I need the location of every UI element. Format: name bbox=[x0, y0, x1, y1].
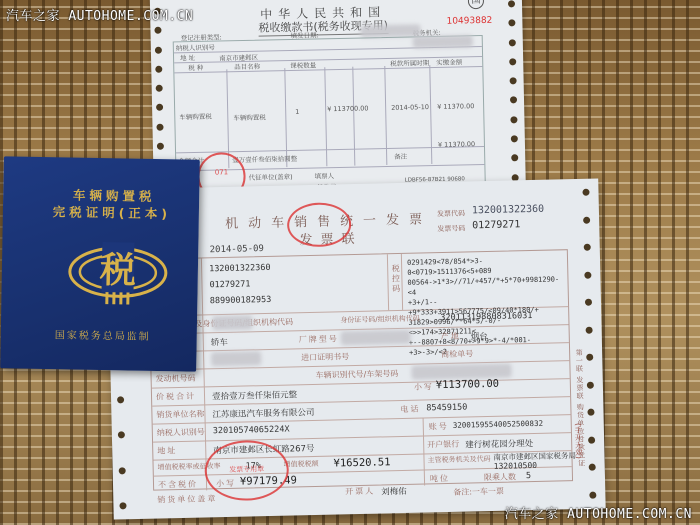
value-tax-period: 2014-05-10 bbox=[391, 103, 429, 112]
value-machine-code: 132001322360 bbox=[209, 263, 271, 274]
label-item-name: 品目名称 bbox=[234, 62, 260, 72]
invoice-code-label: 发票代码 bbox=[437, 208, 465, 219]
label-origin: 产地 bbox=[441, 331, 461, 342]
label-tax-type: 税 种 bbox=[188, 63, 203, 72]
value-actual-amount: ¥ 11370.00 bbox=[437, 102, 474, 111]
label-vin: 车辆识别代号/车架号码 bbox=[315, 368, 398, 381]
redacted-area bbox=[212, 315, 252, 330]
value-seller-taxpayer-id: 32010574065224X bbox=[213, 425, 290, 437]
redacted-area bbox=[413, 35, 473, 48]
photo-scene: 中华人民共和国 税收缴款书(税务收现专用) 国 10493882 登记注册类型:… bbox=[0, 0, 700, 525]
label-engine-no: 发动机号码 bbox=[156, 373, 196, 385]
label-tax-office: 主管税务机关及代码 bbox=[427, 454, 490, 465]
label-phone: 电话 bbox=[400, 404, 420, 415]
value-vat-amount: ¥16520.51 bbox=[333, 456, 390, 469]
tax-control-code: 0291429<78/854*>3-0<0719>1511376<5+089 0… bbox=[407, 254, 569, 358]
label-brand-model: 厂牌型号 bbox=[299, 333, 339, 345]
receipt-number: 10493882 bbox=[446, 16, 492, 27]
value-passengers: 5 bbox=[526, 471, 531, 481]
guo-seal-icon: 国 bbox=[468, 0, 484, 9]
value-total-actual: ¥ 11370.00 bbox=[438, 140, 475, 149]
value-tax-type: 车辆购置税 bbox=[179, 112, 212, 122]
value-machine-no: 01279271 bbox=[209, 279, 250, 290]
label-price-excl: 不含税价 bbox=[158, 479, 198, 491]
label-bank: 开户银行 bbox=[427, 439, 459, 451]
label-actual-amount: 实缴金额 bbox=[436, 57, 462, 67]
label-filler: 填票人 bbox=[314, 171, 334, 180]
svg-text:税: 税 bbox=[99, 250, 137, 292]
label-tax-control: 税控码 bbox=[390, 264, 402, 294]
invoice-remarks: 备注:一车一票 bbox=[453, 486, 504, 498]
label-account: 账号 bbox=[429, 421, 449, 432]
value-taxable-qty: 1 bbox=[295, 108, 299, 116]
value-phone: 85459150 bbox=[426, 402, 467, 413]
value-bank: 建行树花园分理处 bbox=[465, 437, 533, 451]
invoice-number: 01279271 bbox=[472, 219, 520, 231]
label-buyer-id: 身份证号码/组织机构代码 bbox=[340, 314, 420, 326]
purchase-tax-certificate-booklet: 车辆购置税 完税证明(正本) 税 国家税务总局监制 bbox=[0, 156, 200, 371]
label-remarks: 备注 bbox=[394, 152, 407, 161]
label-seller-stamp: 销货单位盖章 bbox=[157, 493, 217, 505]
label-total: 价税合计 bbox=[156, 391, 196, 403]
label-seller-name: 销货单位名称 bbox=[156, 408, 204, 420]
label-seller-taxpayer-id: 纳税人识别号 bbox=[157, 426, 205, 438]
redacted-area bbox=[341, 330, 411, 346]
value-account: 32001595540052500832 bbox=[453, 419, 543, 430]
label-passengers: 限乘人数 bbox=[484, 471, 516, 483]
label-import-cert: 进口证明书号 bbox=[301, 351, 349, 363]
invoice-code: 132001322360 bbox=[472, 204, 544, 217]
label-taxpayer-id: 纳税人识别号 bbox=[176, 43, 215, 53]
value-origin: 烟台 bbox=[471, 330, 488, 342]
label-inspection: 商检单号 bbox=[441, 348, 473, 360]
label-taxable-qty: 课税数量 bbox=[290, 60, 316, 70]
value-taxable-amount: ¥ 113700.00 bbox=[327, 104, 369, 113]
label-total-small: 小写 bbox=[414, 381, 434, 392]
tax-emblem-icon: 税 bbox=[65, 235, 170, 309]
value-buyer-id: 320113198808316031 bbox=[440, 311, 532, 323]
label-vat-amount: 增值税税额 bbox=[283, 459, 318, 470]
handwritten-invalid-note: (手开无效) bbox=[573, 423, 585, 459]
label-tax-period: 税款所属时期 bbox=[390, 58, 429, 68]
value-seller-name: 江苏康迅汽车服务有限公司 bbox=[212, 406, 314, 420]
label-tonnage: 吨位 bbox=[430, 473, 450, 484]
label-agent: 代征单位(盖章) bbox=[248, 172, 292, 182]
issue-date: 2014-05-09 bbox=[210, 244, 264, 255]
booklet-title-line2: 完税证明(正本) bbox=[25, 202, 199, 223]
label-seller-address: 地址 bbox=[157, 445, 177, 456]
value-machine-serial: 889900182953 bbox=[210, 295, 272, 306]
value-issuer: 刘梅佑 bbox=[381, 485, 407, 498]
booklet-footer: 国家税务总局监制 bbox=[1, 325, 197, 343]
value-vehicle-type: 轿车 bbox=[211, 336, 228, 348]
label-issuer: 开票人 bbox=[345, 486, 375, 498]
tractor-feed-holes bbox=[508, 0, 520, 200]
watermark-bottom: 汽车之家 AUTOHOME.COM.CN bbox=[505, 503, 692, 522]
watermark-top: 汽车之家 AUTOHOME.COM.CN bbox=[6, 5, 193, 24]
value-total-small: ¥113700.00 bbox=[436, 378, 499, 391]
value-total-in-words: 壹拾壹万叁仟柒佰元整 bbox=[212, 388, 297, 402]
redacted-area bbox=[211, 351, 261, 366]
label-address: 地 址 bbox=[180, 53, 195, 62]
value-item-name: 车辆购置税 bbox=[233, 113, 266, 123]
value-tax-office-code: 132010500 bbox=[494, 461, 538, 471]
invoice-no-label: 发票号码 bbox=[437, 223, 465, 234]
